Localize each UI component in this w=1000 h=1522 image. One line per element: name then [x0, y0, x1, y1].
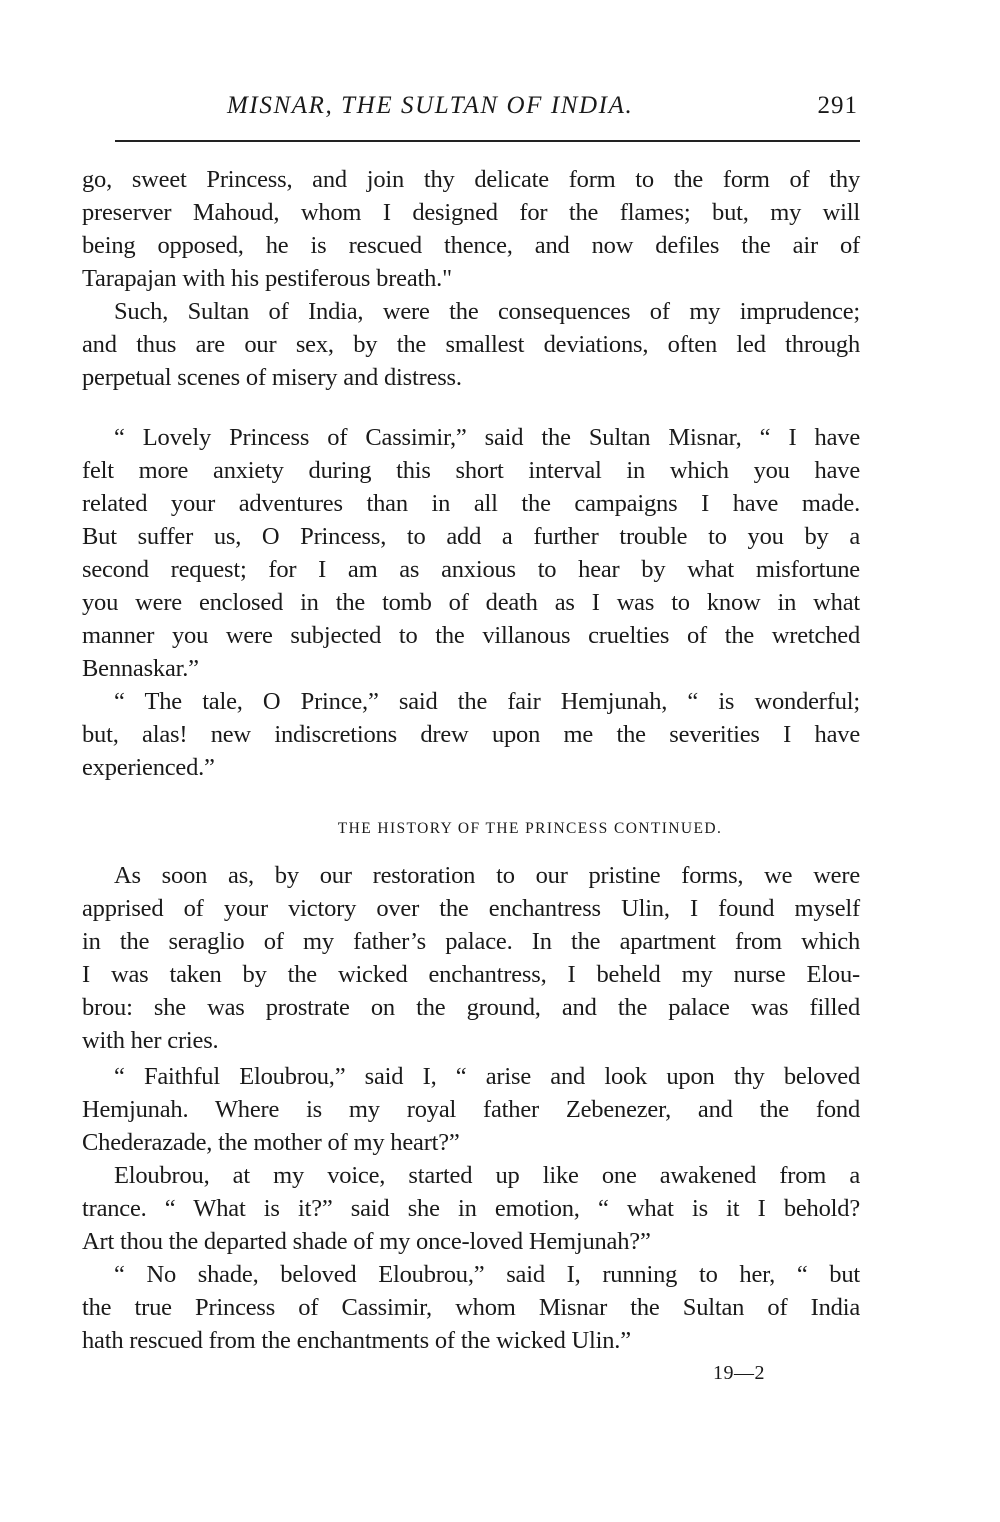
text-line: you were enclosed in the tomb of death a…: [82, 587, 860, 619]
text-line: but, alas! new indiscretions drew upon m…: [82, 719, 860, 751]
text-line: second request; for I am as anxious to h…: [82, 554, 860, 586]
text-line: related your adventures than in all the …: [82, 488, 860, 520]
text-line: As soon as, by our restoration to our pr…: [114, 860, 860, 892]
text-line: Bennaskar.”: [82, 653, 860, 685]
text-line: “ Lovely Princess of Cassimir,” said the…: [114, 422, 860, 454]
text-line: apprised of your victory over the enchan…: [82, 893, 860, 925]
text-line: I was taken by the wicked enchantress, I…: [82, 959, 860, 991]
text-line: But suffer us, O Princess, to add a furt…: [82, 521, 860, 553]
section-heading: THE HISTORY OF THE PRINCESS CONTINUED.: [0, 820, 1000, 838]
text-line: and thus are our sex, by the smallest de…: [82, 329, 860, 361]
text-line: Art thou the departed shade of my once-l…: [82, 1226, 860, 1258]
text-line: Eloubrou, at my voice, started up like o…: [114, 1160, 860, 1192]
text-line: Hemjunah. Where is my royal father Zeben…: [82, 1094, 860, 1126]
text-line: with her cries.: [82, 1025, 860, 1057]
header-rule: [115, 140, 860, 142]
text-line: Chederazade, the mother of my heart?”: [82, 1127, 860, 1159]
text-line: preserver Mahoud, whom I designed for th…: [82, 197, 860, 229]
running-title: MISNAR, THE SULTAN OF INDIA.: [227, 92, 633, 120]
text-line: brou: she was prostrate on the ground, a…: [82, 992, 860, 1024]
text-line: Such, Sultan of India, were the conseque…: [114, 296, 860, 328]
text-line: the true Princess of Cassimir, whom Misn…: [82, 1292, 860, 1324]
text-line: trance. “ What is it?” said she in emoti…: [82, 1193, 860, 1225]
page-number: 291: [818, 92, 859, 120]
text-line: Tarapajan with his pestiferous breath.": [82, 263, 860, 295]
book-page: MISNAR, THE SULTAN OF INDIA. 291 go, swe…: [0, 0, 1000, 1522]
text-line: “ No shade, beloved Eloubrou,” said I, r…: [114, 1259, 860, 1291]
text-line: “ The tale, O Prince,” said the fair Hem…: [114, 686, 860, 718]
text-line: “ Faithful Eloubrou,” said I, “ arise an…: [114, 1061, 860, 1093]
text-line: felt more anxiety during this short inte…: [82, 455, 860, 487]
text-line: experienced.”: [82, 752, 860, 784]
text-line: being opposed, he is rescued thence, and…: [82, 230, 860, 262]
text-line: manner you were subjected to the villano…: [82, 620, 860, 652]
running-head: MISNAR, THE SULTAN OF INDIA. 291: [115, 92, 860, 126]
text-line: go, sweet Princess, and join thy delicat…: [82, 164, 860, 196]
text-line: in the seraglio of my father’s palace. I…: [82, 926, 860, 958]
text-line: hath rescued from the enchantments of th…: [82, 1325, 860, 1357]
text-line: perpetual scenes of misery and distress.: [82, 362, 860, 394]
signature-mark: 19—2: [713, 1362, 765, 1385]
